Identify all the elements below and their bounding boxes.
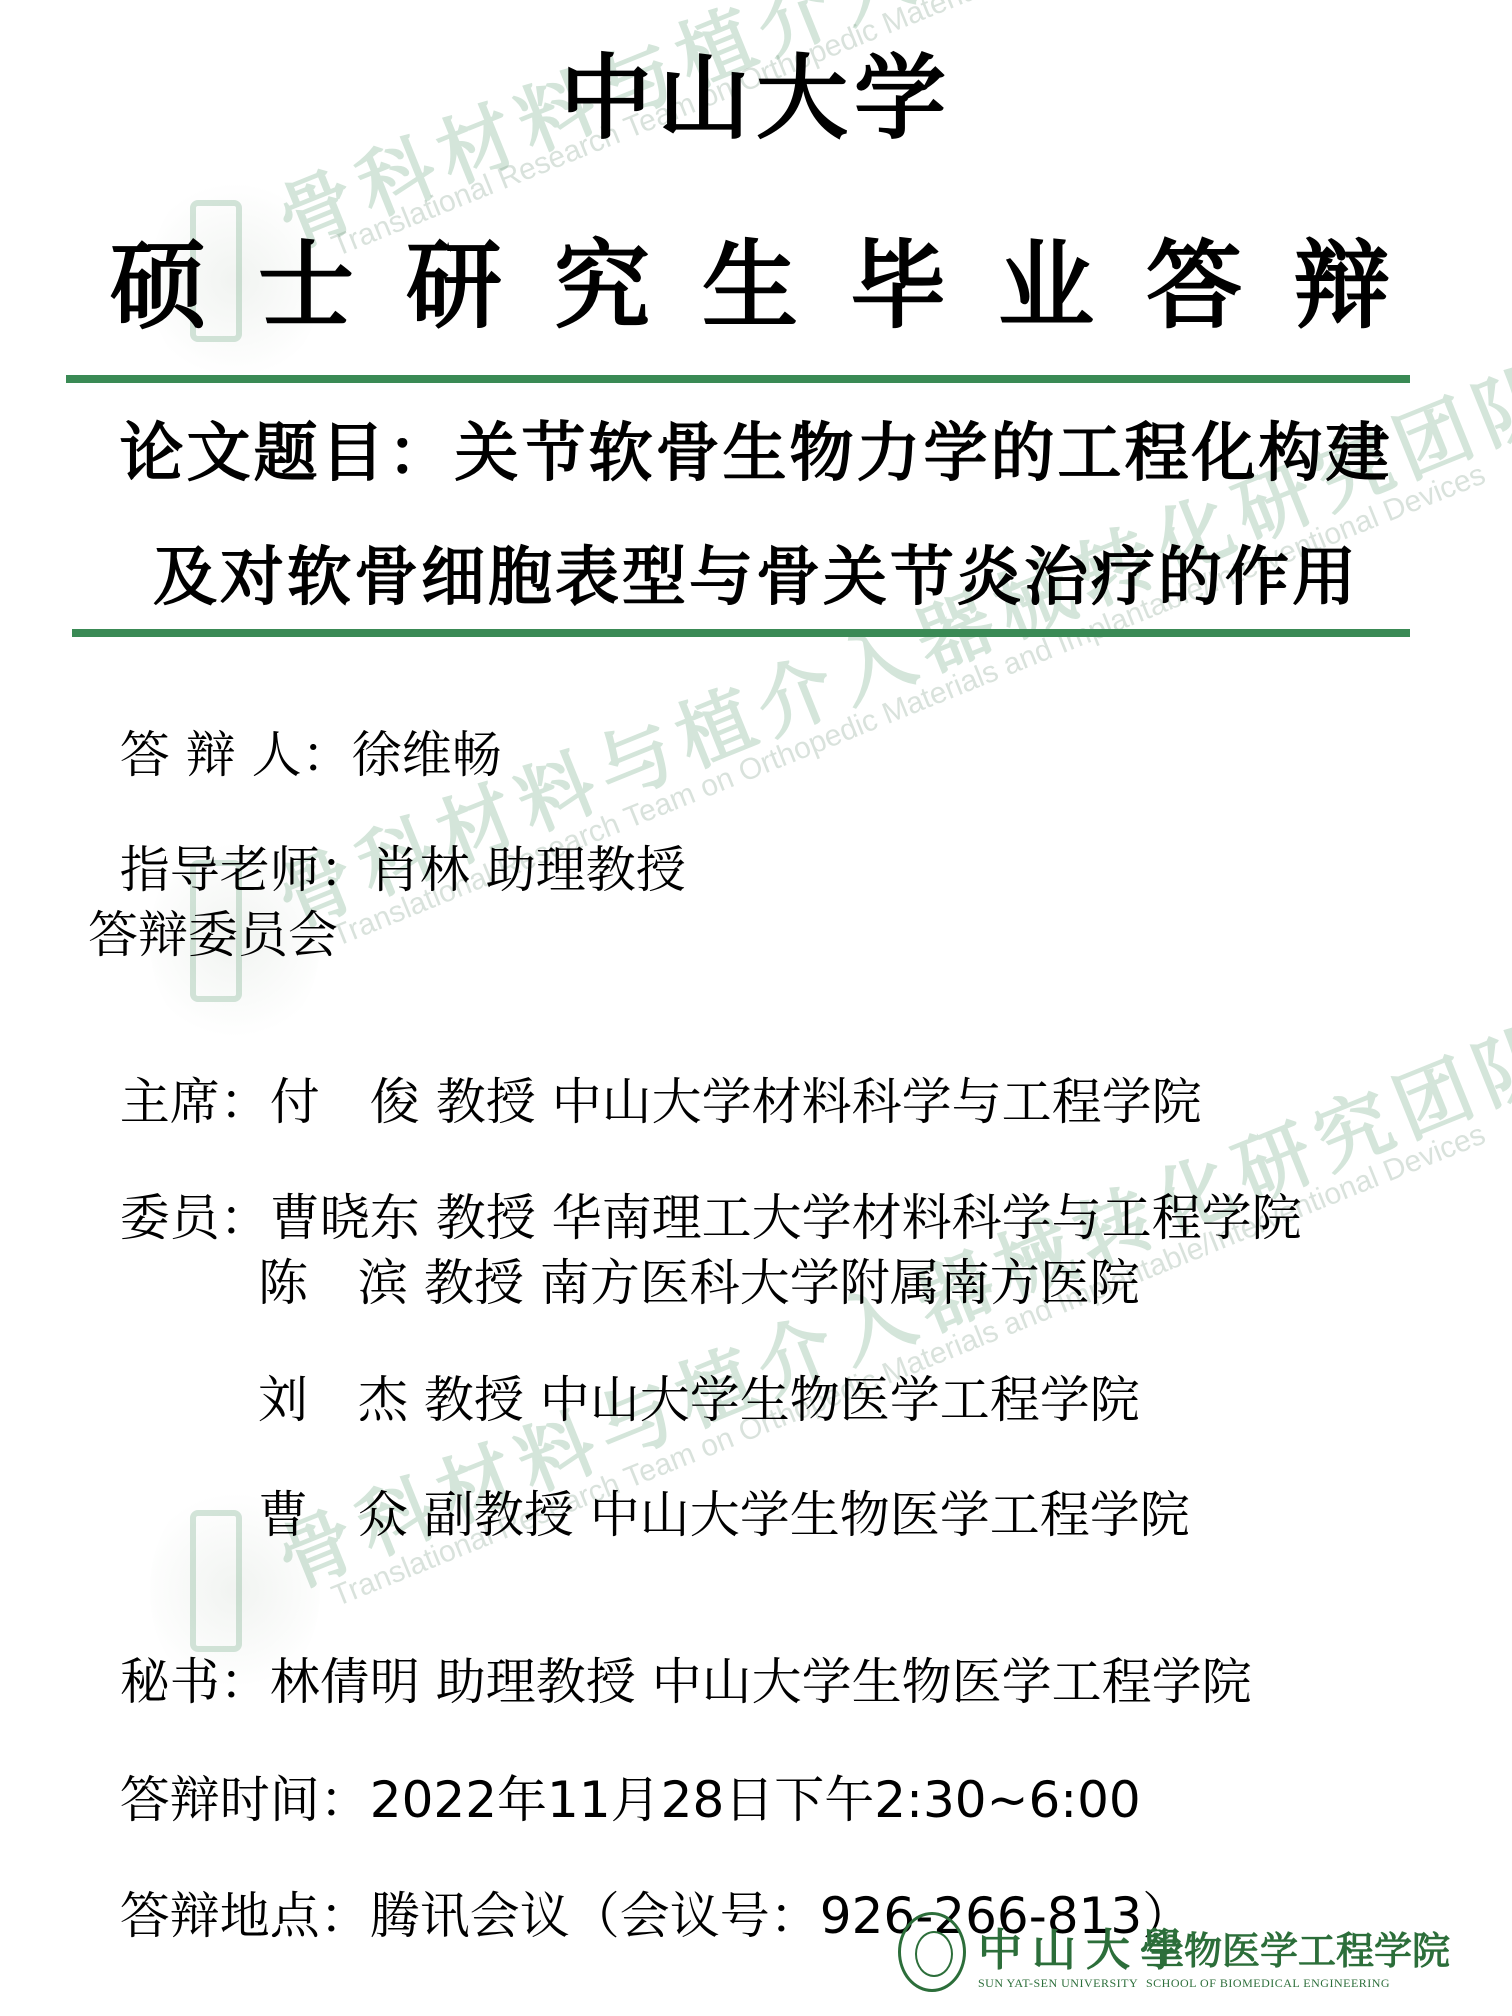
secretary-label: 秘书： [120,1657,270,1707]
university-name-en: SUN YAT-SEN UNIVERSITY [978,1976,1138,1991]
member-value: 曹晓东 教授 华南理工大学材料科学与工程学院 [270,1193,1302,1243]
defender-name: 徐维畅 [352,730,502,780]
secretary-row: 秘书：林倩明 助理教授 中山大学生物医学工程学院 [88,1607,1252,1707]
committee-heading: 答辩委员会 [88,910,338,960]
advisor-label: 指导老师： [120,845,370,895]
school-name-cn: 生物医学工程学院 [1146,1920,1450,1975]
defender-row: 答 辩 人：徐维畅 [88,680,502,780]
university-seal-icon [898,1912,966,1992]
school-name-en: SCHOOL OF BIOMEDICAL ENGINEERING [1146,1976,1390,1991]
divider-top [66,375,1410,383]
footer-logo: 中山大學 SUN YAT-SEN UNIVERSITY 生物医学工程学院 SCH… [898,1912,1498,2002]
advisor-row: 指导老师：肖林 助理教授 [88,795,686,895]
thesis-title-line1: 论文题目：关节软骨生物力学的工程化构建 [0,422,1512,486]
members-label: 委员： [120,1193,270,1243]
university-title: 中山大学 [0,52,1512,144]
divider-bottom [72,629,1410,637]
advisor-name: 肖林 助理教授 [370,845,686,895]
time-value: 2022年11月28日下午2:30~6:00 [370,1775,1141,1825]
member-row: 陈 滨 教授 南方医科大学附属南方医院 [258,1258,1140,1308]
member-row: 刘 杰 教授 中山大学生物医学工程学院 [258,1375,1140,1425]
location-label: 答辩地点： [120,1891,370,1941]
chair-label: 主席： [120,1077,270,1127]
secretary-value: 林倩明 助理教授 中山大学生物医学工程学院 [270,1657,1252,1707]
time-label: 答辩时间： [120,1775,370,1825]
member-row: 委员：曹晓东 教授 华南理工大学材料科学与工程学院 [88,1143,1302,1243]
event-title: 硕士研究生毕业答辩 [0,238,1512,334]
member-row: 曹 众 副教授 中山大学生物医学工程学院 [258,1490,1190,1540]
chair-row: 主席：付 俊 教授 中山大学材料科学与工程学院 [88,1027,1202,1127]
thesis-title-line2: 及对软骨细胞表型与骨关节炎治疗的作用 [0,546,1512,610]
chair-value: 付 俊 教授 中山大学材料科学与工程学院 [270,1077,1202,1127]
time-row: 答辩时间：2022年11月28日下午2:30~6:00 [88,1725,1141,1825]
defender-label: 答 辩 人： [120,730,352,780]
